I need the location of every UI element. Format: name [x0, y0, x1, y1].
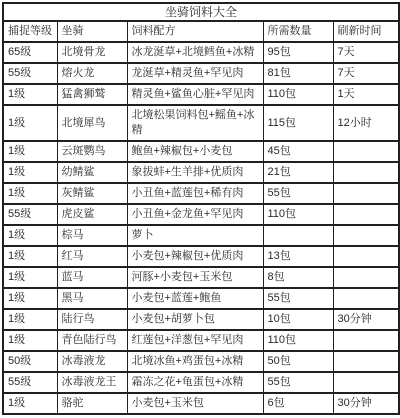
table-cell [333, 246, 399, 267]
table-row: 1级蓝马河豚+小麦包+玉米包8包 [3, 267, 399, 288]
table-cell: 21包 [263, 162, 333, 183]
table-cell: 鲍鱼+辣椒包+小麦包 [127, 141, 263, 162]
table-cell: 虎皮鲨 [57, 204, 127, 225]
table-cell: 30分钟 [333, 309, 399, 330]
table-row: 1级骆驼小麦包+玉米包6包30分钟 [3, 393, 399, 414]
table-cell: 8包 [263, 267, 333, 288]
table-cell [333, 372, 399, 393]
table-cell: 红莲包+洋葱包+罕见肉 [127, 330, 263, 351]
table-cell: 北境冰鱼+鸡蛋包+冰精 [127, 351, 263, 372]
table-cell: 冰毒液龙王 [57, 372, 127, 393]
table-cell: 灰鲭鲨 [57, 183, 127, 204]
table-cell: 象拔蚌+生羊排+优质肉 [127, 162, 263, 183]
table-row: 1级陆行鸟小麦包+胡萝卜包10包30分钟 [3, 309, 399, 330]
table-row: 1级灰鲭鲨小丑鱼+蓝莲包+稀有肉55包 [3, 183, 399, 204]
table-row: 1级北境犀鸟北境松果饲料包+鳐鱼+冰精115包12小时 [3, 105, 399, 141]
column-header-5: 刷新时间 [333, 21, 399, 42]
table-cell: 45包 [263, 141, 333, 162]
table-cell: 萝卜 [127, 225, 263, 246]
table-cell: 1级 [3, 309, 57, 330]
column-header-2: 坐骑 [57, 21, 127, 42]
table-cell: 30分钟 [333, 393, 399, 414]
table-cell: 冰毒液龙 [57, 351, 127, 372]
table-cell: 50级 [3, 351, 57, 372]
table-row: 65级北境骨龙冰龙涎草+北境鳕鱼+冰精95包7天 [3, 42, 399, 63]
table-title-row: 坐骑饲料大全 [3, 3, 399, 21]
table-cell: 1天 [333, 84, 399, 105]
table-cell: 猛禽狮鹫 [57, 84, 127, 105]
table-cell: 1级 [3, 330, 57, 351]
table-cell: 小丑鱼+蓝莲包+稀有肉 [127, 183, 263, 204]
table-cell: 12小时 [333, 105, 399, 141]
table-cell: 北境松果饲料包+鳐鱼+冰精 [127, 105, 263, 141]
table-cell: 黑马 [57, 288, 127, 309]
table-header-row: 捕捉等级坐骑饲料配方所需数量刷新时间 [3, 21, 399, 42]
table-cell: 50包 [263, 351, 333, 372]
table-cell: 陆行鸟 [57, 309, 127, 330]
table-cell: 55包 [263, 288, 333, 309]
table-cell [333, 162, 399, 183]
table-row: 1级幼鲭鲨象拔蚌+生羊排+优质肉21包 [3, 162, 399, 183]
table-cell [263, 225, 333, 246]
table-cell: 1级 [3, 246, 57, 267]
table-cell: 7天 [333, 42, 399, 63]
table-cell [333, 351, 399, 372]
table-cell [333, 225, 399, 246]
table-cell: 1级 [3, 84, 57, 105]
table-cell: 55包 [263, 372, 333, 393]
table-cell: 精灵鱼+鲨鱼心脏+罕见肉 [127, 84, 263, 105]
table-cell: 1级 [3, 267, 57, 288]
table-cell: 110包 [263, 204, 333, 225]
table-cell: 1级 [3, 162, 57, 183]
table-cell: 北境骨龙 [57, 42, 127, 63]
table-cell [333, 183, 399, 204]
table-cell: 55级 [3, 204, 57, 225]
table-title: 坐骑饲料大全 [3, 3, 399, 21]
table-cell: 1级 [3, 183, 57, 204]
table-cell: 1级 [3, 393, 57, 414]
table-row: 1级云斑鹦鸟鲍鱼+辣椒包+小麦包45包 [3, 141, 399, 162]
table-cell: 115包 [263, 105, 333, 141]
table-row: 55级虎皮鲨小丑鱼+金龙鱼+罕见肉110包 [3, 204, 399, 225]
table-cell: 110包 [263, 84, 333, 105]
table-cell: 小麦包+辣椒包+优质肉 [127, 246, 263, 267]
table-cell: 81包 [263, 63, 333, 84]
table-row: 1级猛禽狮鹫精灵鱼+鲨鱼心脏+罕见肉110包1天 [3, 84, 399, 105]
table-cell: 110包 [263, 330, 333, 351]
table-cell: 13包 [263, 246, 333, 267]
table-cell [333, 267, 399, 288]
table-cell: 北境犀鸟 [57, 105, 127, 141]
table-cell: 7天 [333, 63, 399, 84]
table-row: 55级熔火龙龙涎草+精灵鱼+罕见肉81包7天 [3, 63, 399, 84]
table-cell: 1级 [3, 225, 57, 246]
table-cell: 幼鲭鲨 [57, 162, 127, 183]
table-row: 1级棕马萝卜 [3, 225, 399, 246]
table-cell: 小丑鱼+金龙鱼+罕见肉 [127, 204, 263, 225]
table-cell: 河豚+小麦包+玉米包 [127, 267, 263, 288]
table-cell: 小麦包+蓝莲+鲍鱼 [127, 288, 263, 309]
table-cell: 95包 [263, 42, 333, 63]
table-row: 55级冰毒液龙王霜冻之花+龟蛋包+冰精55包 [3, 372, 399, 393]
table-cell: 冰龙涎草+北境鳕鱼+冰精 [127, 42, 263, 63]
table-cell [333, 288, 399, 309]
column-header-4: 所需数量 [263, 21, 333, 42]
table-cell: 小麦包+胡萝卜包 [127, 309, 263, 330]
table-cell: 青色陆行鸟 [57, 330, 127, 351]
table-cell: 6包 [263, 393, 333, 414]
table-row: 1级青色陆行鸟红莲包+洋葱包+罕见肉110包 [3, 330, 399, 351]
table-cell: 红马 [57, 246, 127, 267]
table-cell: 蓝马 [57, 267, 127, 288]
table-cell [333, 330, 399, 351]
table-cell: 55级 [3, 63, 57, 84]
table-row: 50级冰毒液龙北境冰鱼+鸡蛋包+冰精50包 [3, 351, 399, 372]
table-cell [333, 204, 399, 225]
column-header-1: 捕捉等级 [3, 21, 57, 42]
table-cell: 小麦包+玉米包 [127, 393, 263, 414]
mount-feed-table: 坐骑饲料大全 捕捉等级坐骑饲料配方所需数量刷新时间 65级北境骨龙冰龙涎草+北境… [2, 2, 400, 415]
table-cell: 龙涎草+精灵鱼+罕见肉 [127, 63, 263, 84]
table-cell: 云斑鹦鸟 [57, 141, 127, 162]
column-header-3: 饲料配方 [127, 21, 263, 42]
table-cell: 65级 [3, 42, 57, 63]
table-cell: 55包 [263, 183, 333, 204]
table-cell: 熔火龙 [57, 63, 127, 84]
table-body: 65级北境骨龙冰龙涎草+北境鳕鱼+冰精95包7天55级熔火龙龙涎草+精灵鱼+罕见… [3, 42, 399, 414]
table-cell: 1级 [3, 288, 57, 309]
table-cell: 1级 [3, 141, 57, 162]
table-cell: 骆驼 [57, 393, 127, 414]
table-cell: 棕马 [57, 225, 127, 246]
table-cell: 霜冻之花+龟蛋包+冰精 [127, 372, 263, 393]
table-row: 1级黑马小麦包+蓝莲+鲍鱼55包 [3, 288, 399, 309]
table-cell: 1级 [3, 105, 57, 141]
table-cell: 55级 [3, 372, 57, 393]
table-cell [333, 141, 399, 162]
table-row: 1级红马小麦包+辣椒包+优质肉13包 [3, 246, 399, 267]
table-cell: 10包 [263, 309, 333, 330]
